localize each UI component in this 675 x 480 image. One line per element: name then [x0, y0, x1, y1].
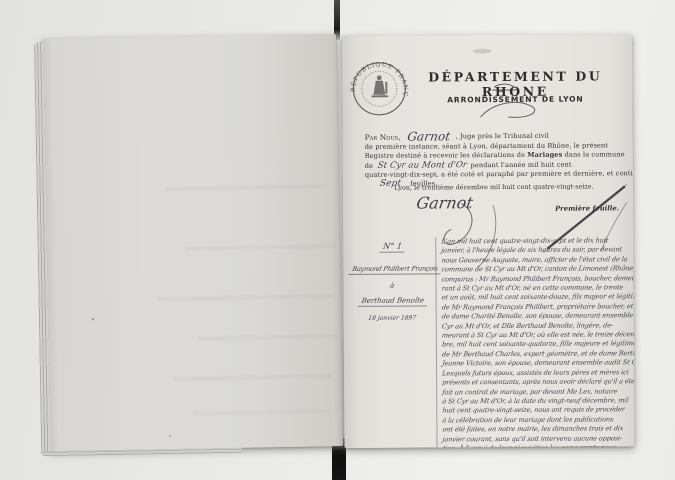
- ink-bleed-mark: [197, 334, 337, 340]
- margin-act-number: N° 1: [379, 242, 405, 253]
- preamble-par-nous: Par Nous,: [365, 132, 401, 142]
- margin-groom-name: Raymond Philibert François: [348, 264, 441, 275]
- judge-name-handwritten: Garnot: [407, 132, 451, 142]
- subtitle-flourish-icon: [480, 102, 534, 117]
- paper-speck: [169, 435, 171, 437]
- left-page-blank: [42, 34, 343, 451]
- margin-act-date: 18 janvier 1897: [368, 315, 417, 322]
- paper-speck: [92, 318, 94, 320]
- handwritten-line: présents et consentants, après nous avoi…: [441, 377, 634, 388]
- right-page-register-title: RÉPUBLIQUE FRANÇAISE DÉPARTEMENT DU RHON…: [342, 34, 635, 448]
- stamp-figure-icon: [371, 75, 388, 97]
- handwritten-line: tion. À l'appui de leur réquisition les …: [442, 443, 635, 448]
- margin-bride-name: Berthaud Benoîte: [357, 296, 427, 306]
- ink-bleed-mark: [165, 184, 325, 191]
- register-preamble: Par Nous, Garnot , Juge près le Tribunal…: [365, 126, 623, 189]
- margin-conjunction: à: [389, 282, 394, 290]
- marriage-act-text: L'an mil huit cent quatre-vingt-dix-sept…: [435, 236, 634, 448]
- arrondissement-subtitle: ARRONDISSEMENT DE LYON: [400, 94, 630, 104]
- ink-bleed-mark: [194, 409, 339, 416]
- mariages-word: Mariages: [527, 151, 562, 159]
- preamble-line1-rest: , Juge près le Tribunal civil: [456, 131, 549, 141]
- ink-bleed-mark: [173, 374, 333, 381]
- judge-signature: Garnot: [415, 193, 474, 212]
- commune-name-handwritten: St Cyr au Mont d'Or: [377, 161, 468, 171]
- ink-bleed-mark: [186, 244, 336, 251]
- first-sheet-note: Première feuille.: [555, 204, 619, 212]
- margin-annotation: N° 1 Raymond Philibert François à Bertha…: [348, 241, 434, 322]
- register-scan: RÉPUBLIQUE FRANÇAISE DÉPARTEMENT DU RHON…: [0, 0, 675, 480]
- register-date-line: Lyon, le trentième décembre mil huit cen…: [365, 182, 623, 192]
- handwritten-line: ont été faites, en notre mairie, les dim…: [442, 424, 635, 435]
- ink-bleed-mark: [157, 294, 332, 301]
